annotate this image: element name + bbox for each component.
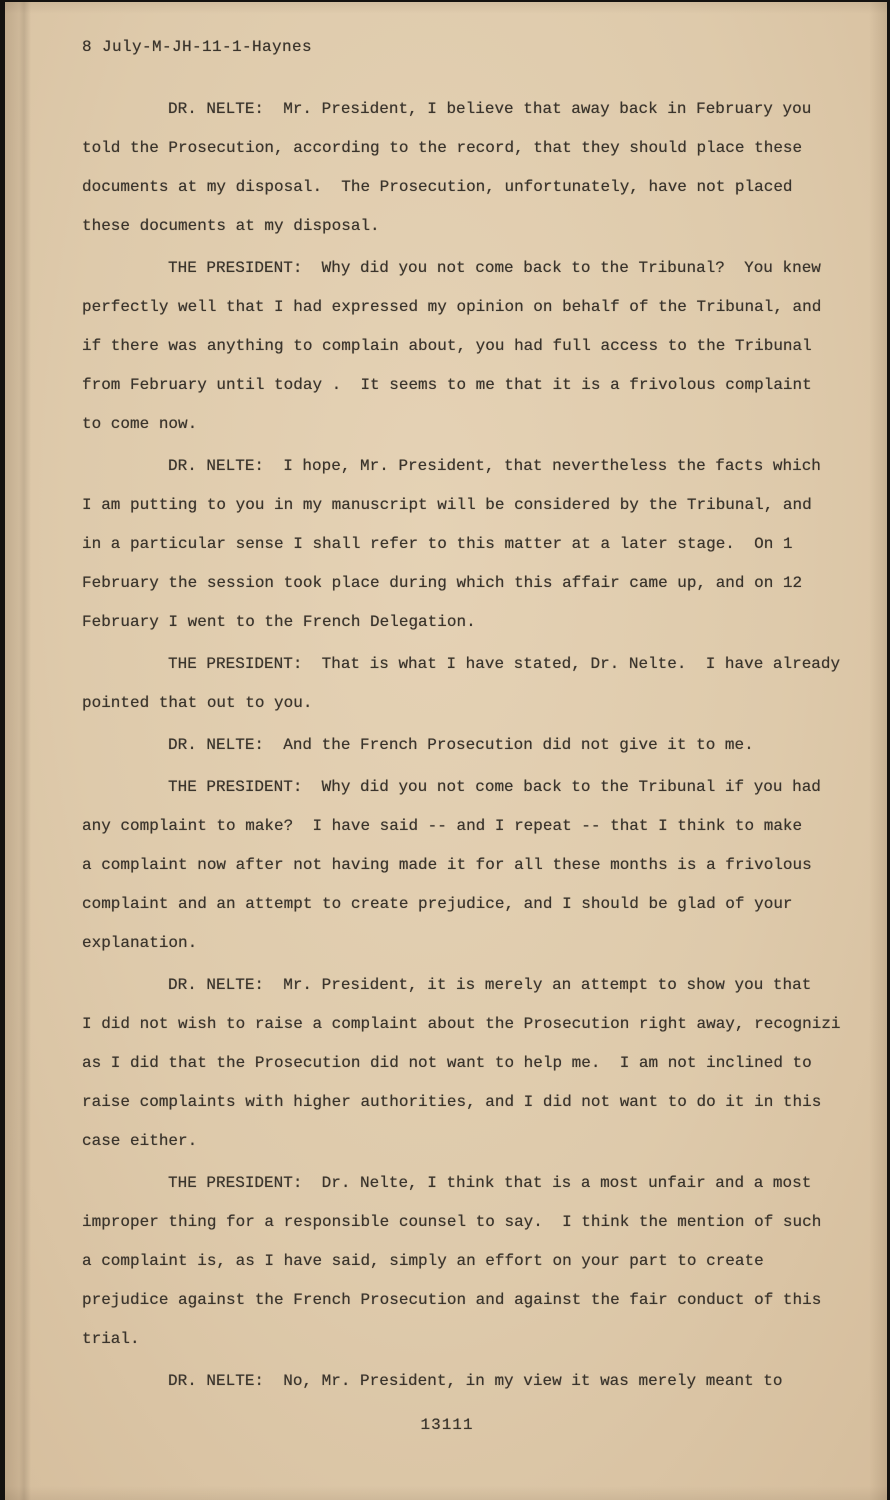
scanned-page: 8 July-M-JH-11-1-Haynes DR. NELTE: Mr. P… — [0, 0, 890, 1500]
transcript-line: explanation. — [82, 924, 852, 963]
transcript-paragraph: DR. NELTE: No, Mr. President, in my view… — [82, 1362, 852, 1401]
transcript-paragraph: THE PRESIDENT: That is what I have state… — [82, 645, 852, 723]
page-number: 13111 — [62, 1406, 832, 1445]
transcript-paragraph: THE PRESIDENT: Why did you not come back… — [82, 249, 852, 444]
page-content: 8 July-M-JH-11-1-Haynes DR. NELTE: Mr. P… — [82, 2, 852, 1445]
transcript-paragraph: DR. NELTE: I hope, Mr. President, that n… — [82, 447, 852, 642]
transcript-line: prejudice against the French Prosecution… — [82, 1281, 852, 1320]
transcript-line: case either. — [82, 1122, 852, 1161]
transcript-line: told the Prosecution, according to the r… — [82, 129, 852, 168]
transcript-line: February the session took place during w… — [82, 564, 852, 603]
transcript-line: as I did that the Prosecution did not wa… — [82, 1044, 852, 1083]
transcript-line: DR. NELTE: Mr. President, I believe that… — [82, 90, 852, 129]
transcript-line: a complaint now after not having made it… — [82, 846, 852, 885]
transcript-line: if there was anything to complain about,… — [82, 327, 852, 366]
transcript-line: a complaint is, as I have said, simply a… — [82, 1242, 852, 1281]
transcript-paragraph: DR. NELTE: Mr. President, I believe that… — [82, 90, 852, 246]
transcript-line: to come now. — [82, 405, 852, 444]
transcript-line: THE PRESIDENT: Why did you not come back… — [82, 768, 852, 807]
transcript-paragraph: THE PRESIDENT: Why did you not come back… — [82, 768, 852, 963]
transcript-line: documents at my disposal. The Prosecutio… — [82, 168, 852, 207]
transcript-line: DR. NELTE: And the French Prosecution di… — [82, 726, 852, 765]
transcript-line: DR. NELTE: No, Mr. President, in my view… — [82, 1362, 852, 1401]
transcript-line: improper thing for a responsible counsel… — [82, 1203, 852, 1242]
transcript-paragraph: DR. NELTE: And the French Prosecution di… — [82, 726, 852, 765]
transcript-line: trial. — [82, 1320, 852, 1359]
transcript-line: THE PRESIDENT: Dr. Nelte, I think that i… — [82, 1164, 852, 1203]
transcript-line: from February until today . It seems to … — [82, 366, 852, 405]
transcript-line: THE PRESIDENT: That is what I have state… — [82, 645, 852, 684]
transcript-paragraph: DR. NELTE: Mr. President, it is merely a… — [82, 966, 852, 1161]
transcript-line: February I went to the French Delegation… — [82, 603, 852, 642]
transcript-line: I am putting to you in my manuscript wil… — [82, 486, 852, 525]
transcript-line: pointed that out to you. — [82, 684, 852, 723]
document-header: 8 July-M-JH-11-1-Haynes — [82, 28, 852, 67]
paper-sheet: 8 July-M-JH-11-1-Haynes DR. NELTE: Mr. P… — [5, 2, 887, 1500]
transcript-line: perfectly well that I had expressed my o… — [82, 288, 852, 327]
transcript-line: DR. NELTE: Mr. President, it is merely a… — [82, 966, 852, 1005]
transcript-line: in a particular sense I shall refer to t… — [82, 525, 852, 564]
transcript-line: DR. NELTE: I hope, Mr. President, that n… — [82, 447, 852, 486]
transcript-line: THE PRESIDENT: Why did you not come back… — [82, 249, 852, 288]
transcript-line: complaint and an attempt to create preju… — [82, 885, 852, 924]
transcript-body: DR. NELTE: Mr. President, I believe that… — [82, 90, 852, 1401]
transcript-line: any complaint to make? I have said -- an… — [82, 807, 852, 846]
transcript-paragraph: THE PRESIDENT: Dr. Nelte, I think that i… — [82, 1164, 852, 1359]
transcript-line: raise complaints with higher authorities… — [82, 1083, 852, 1122]
transcript-line: I did not wish to raise a complaint abou… — [82, 1005, 852, 1044]
transcript-line: these documents at my disposal. — [82, 207, 852, 246]
